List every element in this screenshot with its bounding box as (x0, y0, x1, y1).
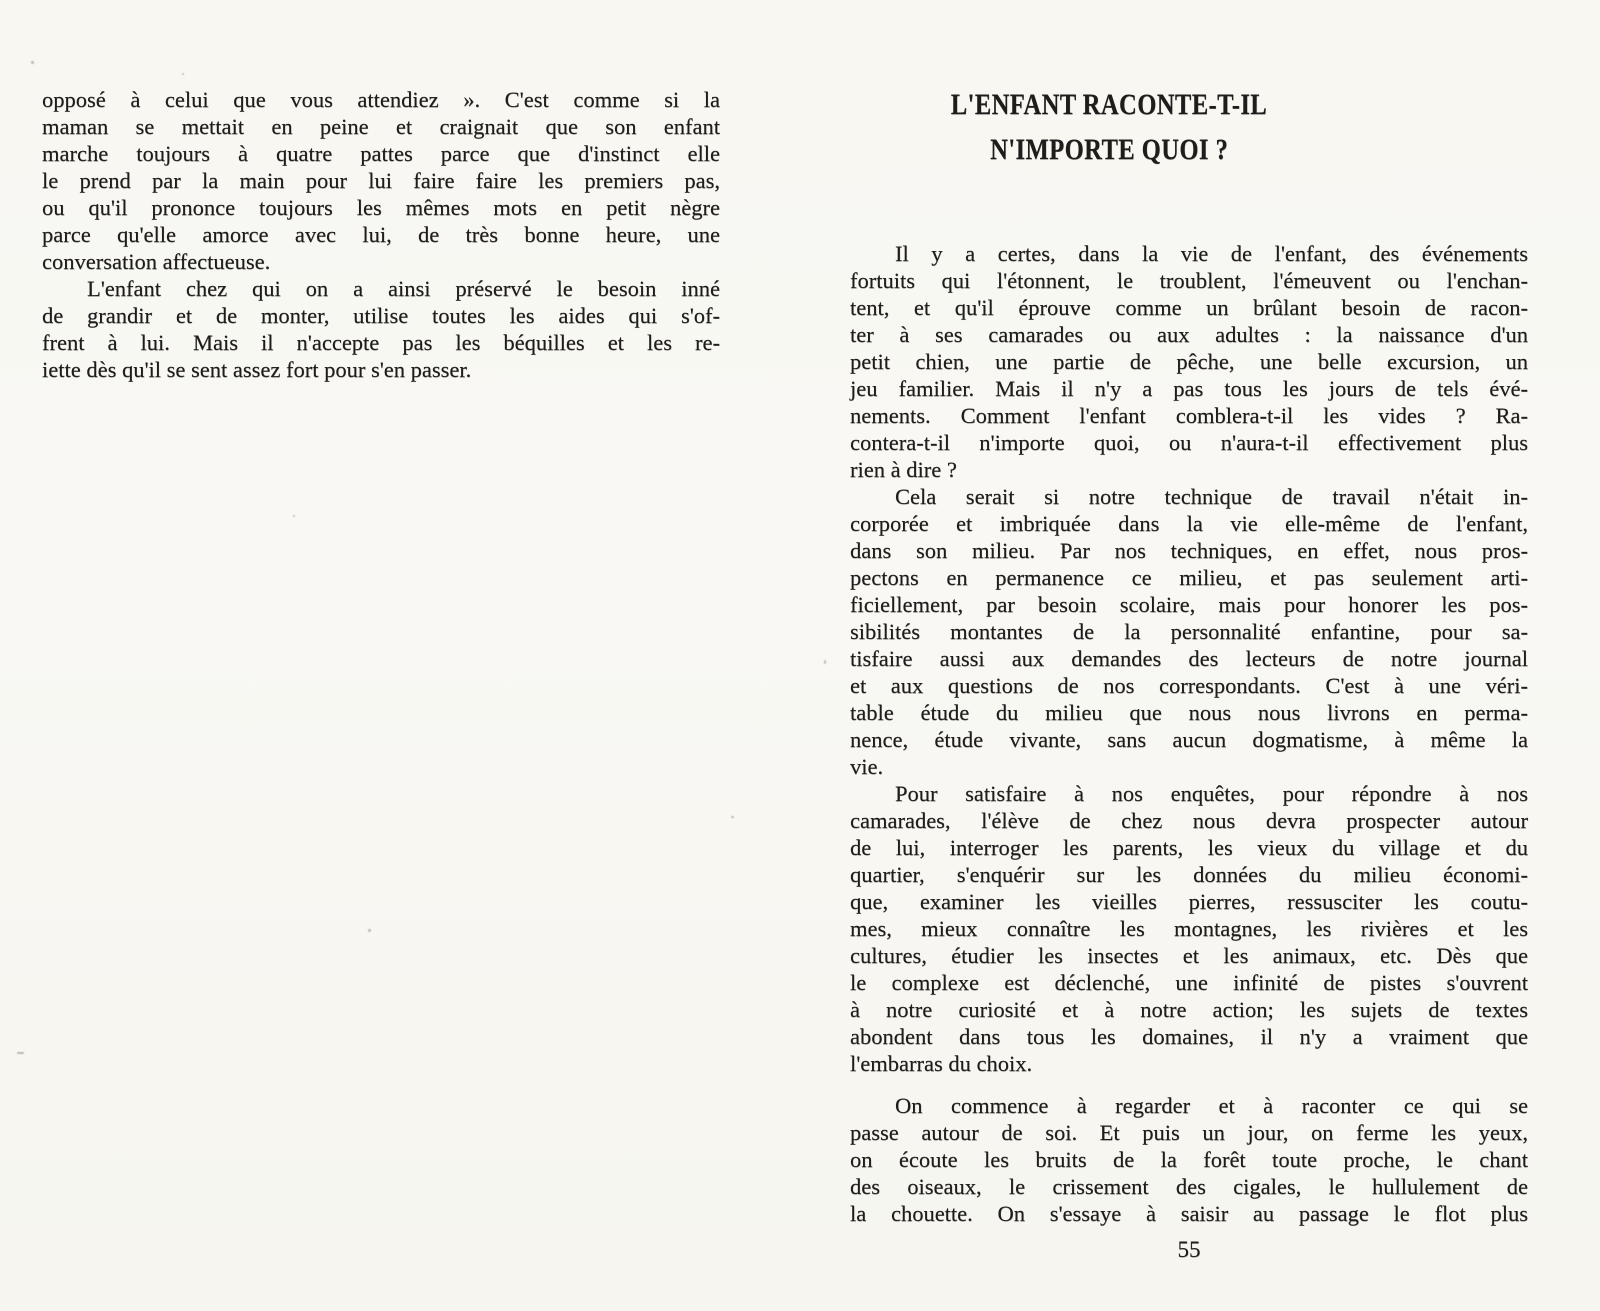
text-line: parce qu'elle amorce avec lui, de très b… (42, 221, 720, 248)
text-line: et aux questions de nos correspondants. … (850, 672, 1528, 699)
text-line: jeu familier. Mais il n'y a pas tous les… (850, 375, 1528, 402)
text-line: table étude du milieu que nous nous livr… (850, 699, 1528, 726)
text-line: cultures, étudier les insectes et les an… (850, 942, 1528, 969)
text-line: conversation affectueuse. (42, 248, 720, 275)
text-line: vie. (850, 753, 1528, 780)
text-line: ou qu'il prononce toujours les mêmes mot… (42, 194, 720, 221)
text-line: tent, et qu'il éprouve comme un brûlant … (850, 294, 1528, 321)
paragraph: On commence à regarder et à raconter ce … (850, 1092, 1528, 1227)
text-line: tisfaire aussi aux demandes des lecteurs… (850, 645, 1528, 672)
text-line: abondent dans tous les domaines, il n'y … (850, 1023, 1528, 1050)
chapter-title-line-2: N'IMPORTE QUOI ? (850, 127, 1368, 172)
text-line: fortuits qui l'étonnent, le troublent, l… (850, 267, 1528, 294)
text-line: contera-t-il n'importe quoi, ou n'aura-t… (850, 429, 1528, 456)
text-line: de grandir et de monter, utilise toutes … (42, 302, 720, 329)
text-line: frent à lui. Mais il n'accepte pas les b… (42, 329, 720, 356)
paragraph: Cela serait si notre technique de travai… (850, 483, 1528, 780)
text-line: ter à ses camarades ou aux adultes : la … (850, 321, 1528, 348)
scan-speck (182, 73, 184, 75)
chapter-title-line-1: L'ENFANT RACONTE-T-IL (850, 82, 1368, 127)
scan-speck (293, 515, 295, 517)
text-line: iette dès qu'il se sent assez fort pour … (42, 356, 720, 383)
text-line: dans son milieu. Par nos techniques, en … (850, 537, 1528, 564)
text-line: On commence à regarder et à raconter ce … (850, 1092, 1528, 1119)
text-line: ficiellement, par besoin scolaire, mais … (850, 591, 1528, 618)
text-line: Il y a certes, dans la vie de l'enfant, … (850, 240, 1528, 267)
text-line: maman se mettait en peine et craignait q… (42, 113, 720, 140)
text-line: la chouette. On s'essaye à saisir au pas… (850, 1200, 1528, 1227)
text-line: L'enfant chez qui on a ainsi préservé le… (42, 275, 720, 302)
page-number: 55 (850, 1237, 1528, 1263)
text-line: Pour satisfaire à nos enquêtes, pour rép… (850, 780, 1528, 807)
text-line: nements. Comment l'enfant comblera-t-il … (850, 402, 1528, 429)
text-line: corporée et imbriquée dans la vie elle-m… (850, 510, 1528, 537)
scan-speck (17, 1052, 24, 1054)
text-line: passe autour de soi. Et puis un jour, on… (850, 1119, 1528, 1146)
chapter-title: L'ENFANT RACONTE-T-IL N'IMPORTE QUOI ? (850, 82, 1528, 172)
scan-speck (824, 660, 826, 664)
text-line: sibilités montantes de la personnalité e… (850, 618, 1528, 645)
text-line: petit chien, une partie de pêche, une be… (850, 348, 1528, 375)
right-page-text-block: Il y a certes, dans la vie de l'enfant, … (850, 240, 1528, 1227)
text-line: le prend par la main pour lui faire fair… (42, 167, 720, 194)
text-line: que, examiner les vieilles pierres, ress… (850, 888, 1528, 915)
text-line: quartier, s'enquérir sur les données du … (850, 861, 1528, 888)
paragraph: Il y a certes, dans la vie de l'enfant, … (850, 240, 1528, 483)
scan-speck (368, 929, 371, 932)
scan-speck (31, 61, 34, 64)
text-line: camarades, l'élève de chez nous devra pr… (850, 807, 1528, 834)
text-line: l'embarras du choix. (850, 1050, 1528, 1077)
scan-speck (1437, 345, 1439, 347)
text-line: à notre curiosité et à notre action; les… (850, 996, 1528, 1023)
paragraph: opposé à celui que vous attendiez ». C'e… (42, 86, 720, 275)
text-line: Cela serait si notre technique de travai… (850, 483, 1528, 510)
text-line: le complexe est déclenché, une infinité … (850, 969, 1528, 996)
text-line: marche toujours à quatre pattes parce qu… (42, 140, 720, 167)
text-line: pectons en permanence ce milieu, et pas … (850, 564, 1528, 591)
text-line: nence, étude vivante, sans aucun dogmati… (850, 726, 1528, 753)
text-line: des oiseaux, le crissement des cigales, … (850, 1173, 1528, 1200)
scan-speck (731, 816, 734, 818)
book-spread-scan: { "scan": { "background_color": "#f8f7f2… (0, 0, 1600, 1311)
left-page-text-block: opposé à celui que vous attendiez ». C'e… (42, 86, 720, 383)
text-line: mes, mieux connaître les montagnes, les … (850, 915, 1528, 942)
paragraph: Pour satisfaire à nos enquêtes, pour rép… (850, 780, 1528, 1077)
text-line: opposé à celui que vous attendiez ». C'e… (42, 86, 720, 113)
text-line: rien à dire ? (850, 456, 1528, 483)
text-line: de lui, interroger les parents, les vieu… (850, 834, 1528, 861)
text-line: on écoute les bruits de la forêt toute p… (850, 1146, 1528, 1173)
paragraph: L'enfant chez qui on a ainsi préservé le… (42, 275, 720, 383)
